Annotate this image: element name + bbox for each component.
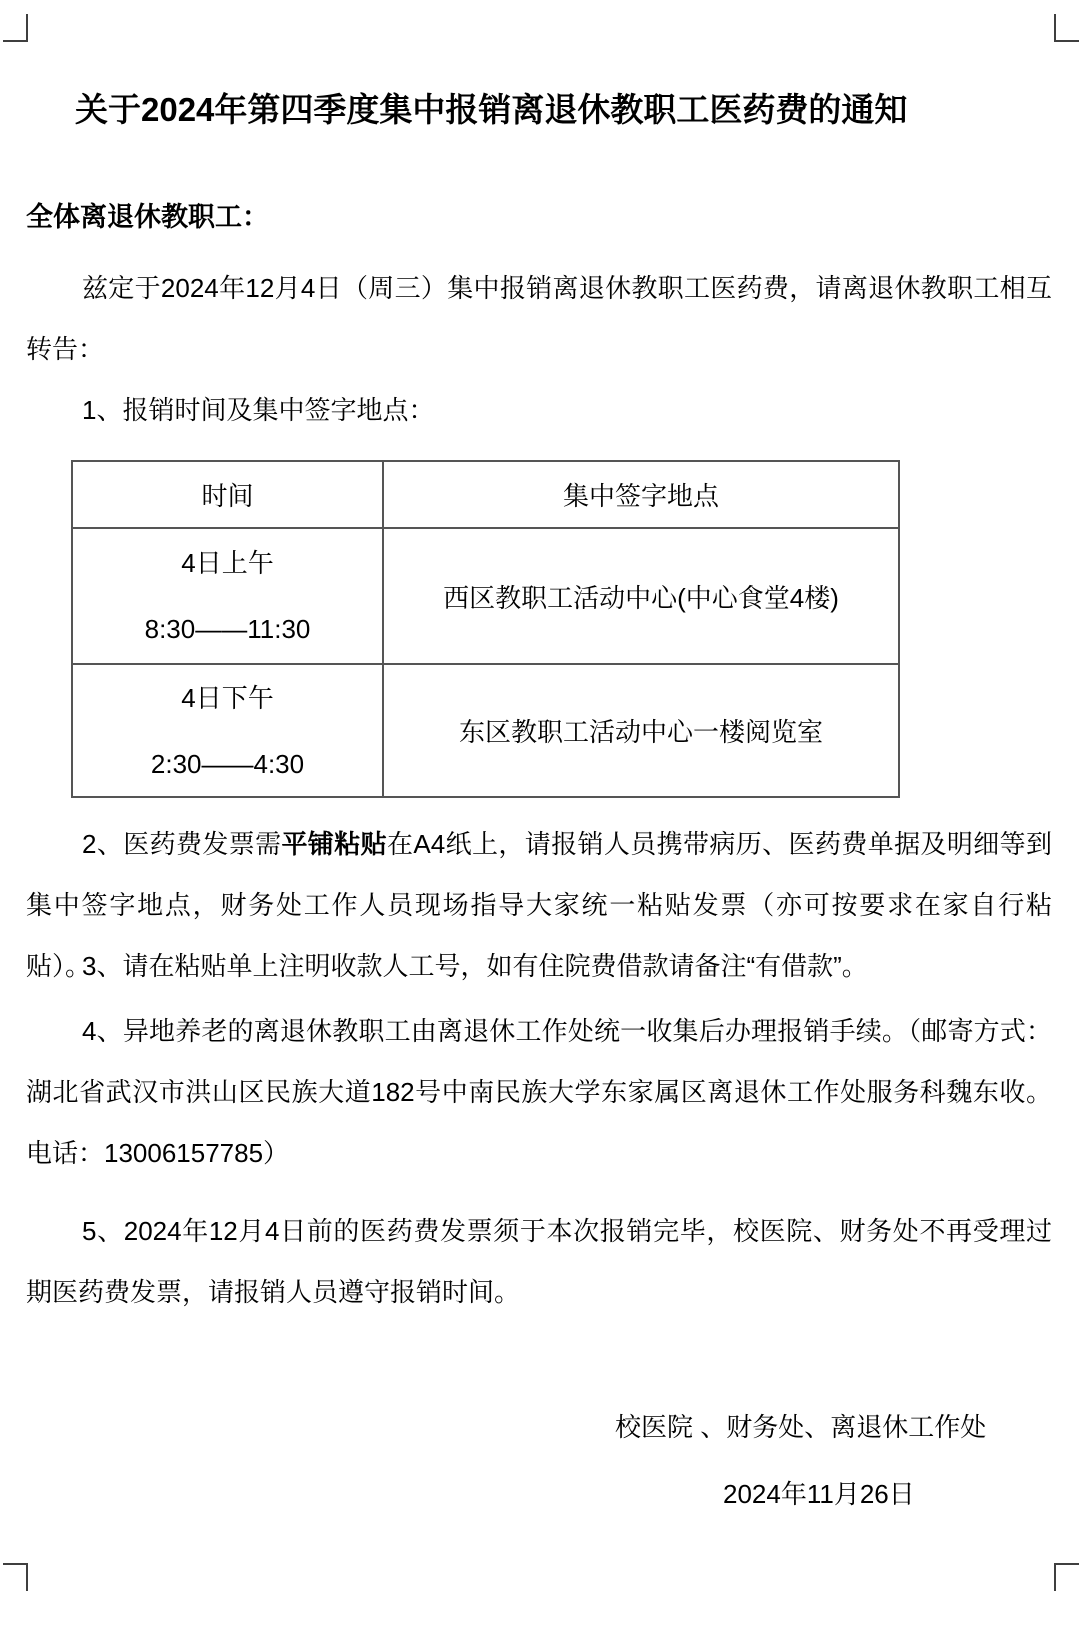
intro-paragraph: 兹定于2024年12月4日（周三）集中报销离退休教职工医药费，请离退休教职工相互… <box>26 258 1052 380</box>
item1-heading: 1、报销时间及集中签字地点： <box>26 380 1052 441</box>
schedule-table: 时间 集中签字地点 4日上午 8:30——11:30 西区教职工活动中心(中心食… <box>71 460 900 798</box>
time-cell: 4日上午 8:30——11:30 <box>73 529 384 663</box>
table-row: 4日上午 8:30——11:30 西区教职工活动中心(中心食堂4楼) <box>73 529 898 665</box>
time-period: 4日下午 <box>181 665 273 731</box>
document-title: 关于2024年第四季度集中报销离退休教职工医药费的通知 <box>75 91 907 129</box>
salutation: 全体离退休教职工： <box>26 200 269 234</box>
location-cell: 东区教职工活动中心一楼阅览室 <box>384 665 898 796</box>
issuing-departments: 校医院 、财务处、离退休工作处 <box>615 1411 986 1443</box>
time-range: 2:30——4:30 <box>151 731 304 797</box>
margin-mark-top-left-icon <box>3 14 28 42</box>
item3-paragraph: 3、请在粘贴单上注明收款人工号，如有住院费借款请备注“有借款”。 <box>26 936 1052 997</box>
margin-mark-bottom-left-icon <box>3 1563 28 1591</box>
header-cell-time: 时间 <box>73 462 384 527</box>
margin-mark-bottom-right-icon <box>1054 1563 1079 1591</box>
document-page: 关于2024年第四季度集中报销离退休教职工医药费的通知 全体离退休教职工： 兹定… <box>0 0 1080 1629</box>
schedule-table-header-row: 时间 集中签字地点 <box>73 462 898 529</box>
item5-paragraph: 5、2024年12月4日前的医药费发票须于本次报销完毕，校医院、财务处不再受理过… <box>26 1201 1052 1323</box>
time-period: 4日上午 <box>181 530 273 596</box>
issue-date: 2024年11月26日 <box>723 1478 915 1510</box>
item4-paragraph: 4、异地养老的离退休教职工由离退休工作处统一收集后办理报销手续。（邮寄方式：湖北… <box>26 1001 1052 1184</box>
location-cell: 西区教职工活动中心(中心食堂4楼) <box>384 529 898 663</box>
time-cell: 4日下午 2:30——4:30 <box>73 665 384 796</box>
margin-mark-top-right-icon <box>1054 14 1079 42</box>
table-row: 4日下午 2:30——4:30 东区教职工活动中心一楼阅览室 <box>73 665 898 796</box>
header-cell-location: 集中签字地点 <box>384 462 898 527</box>
item2-bold-text: 平铺粘贴 <box>282 829 388 859</box>
time-range: 8:30——11:30 <box>145 596 311 662</box>
item2-text-start: 2、医药费发票需 <box>82 829 282 859</box>
